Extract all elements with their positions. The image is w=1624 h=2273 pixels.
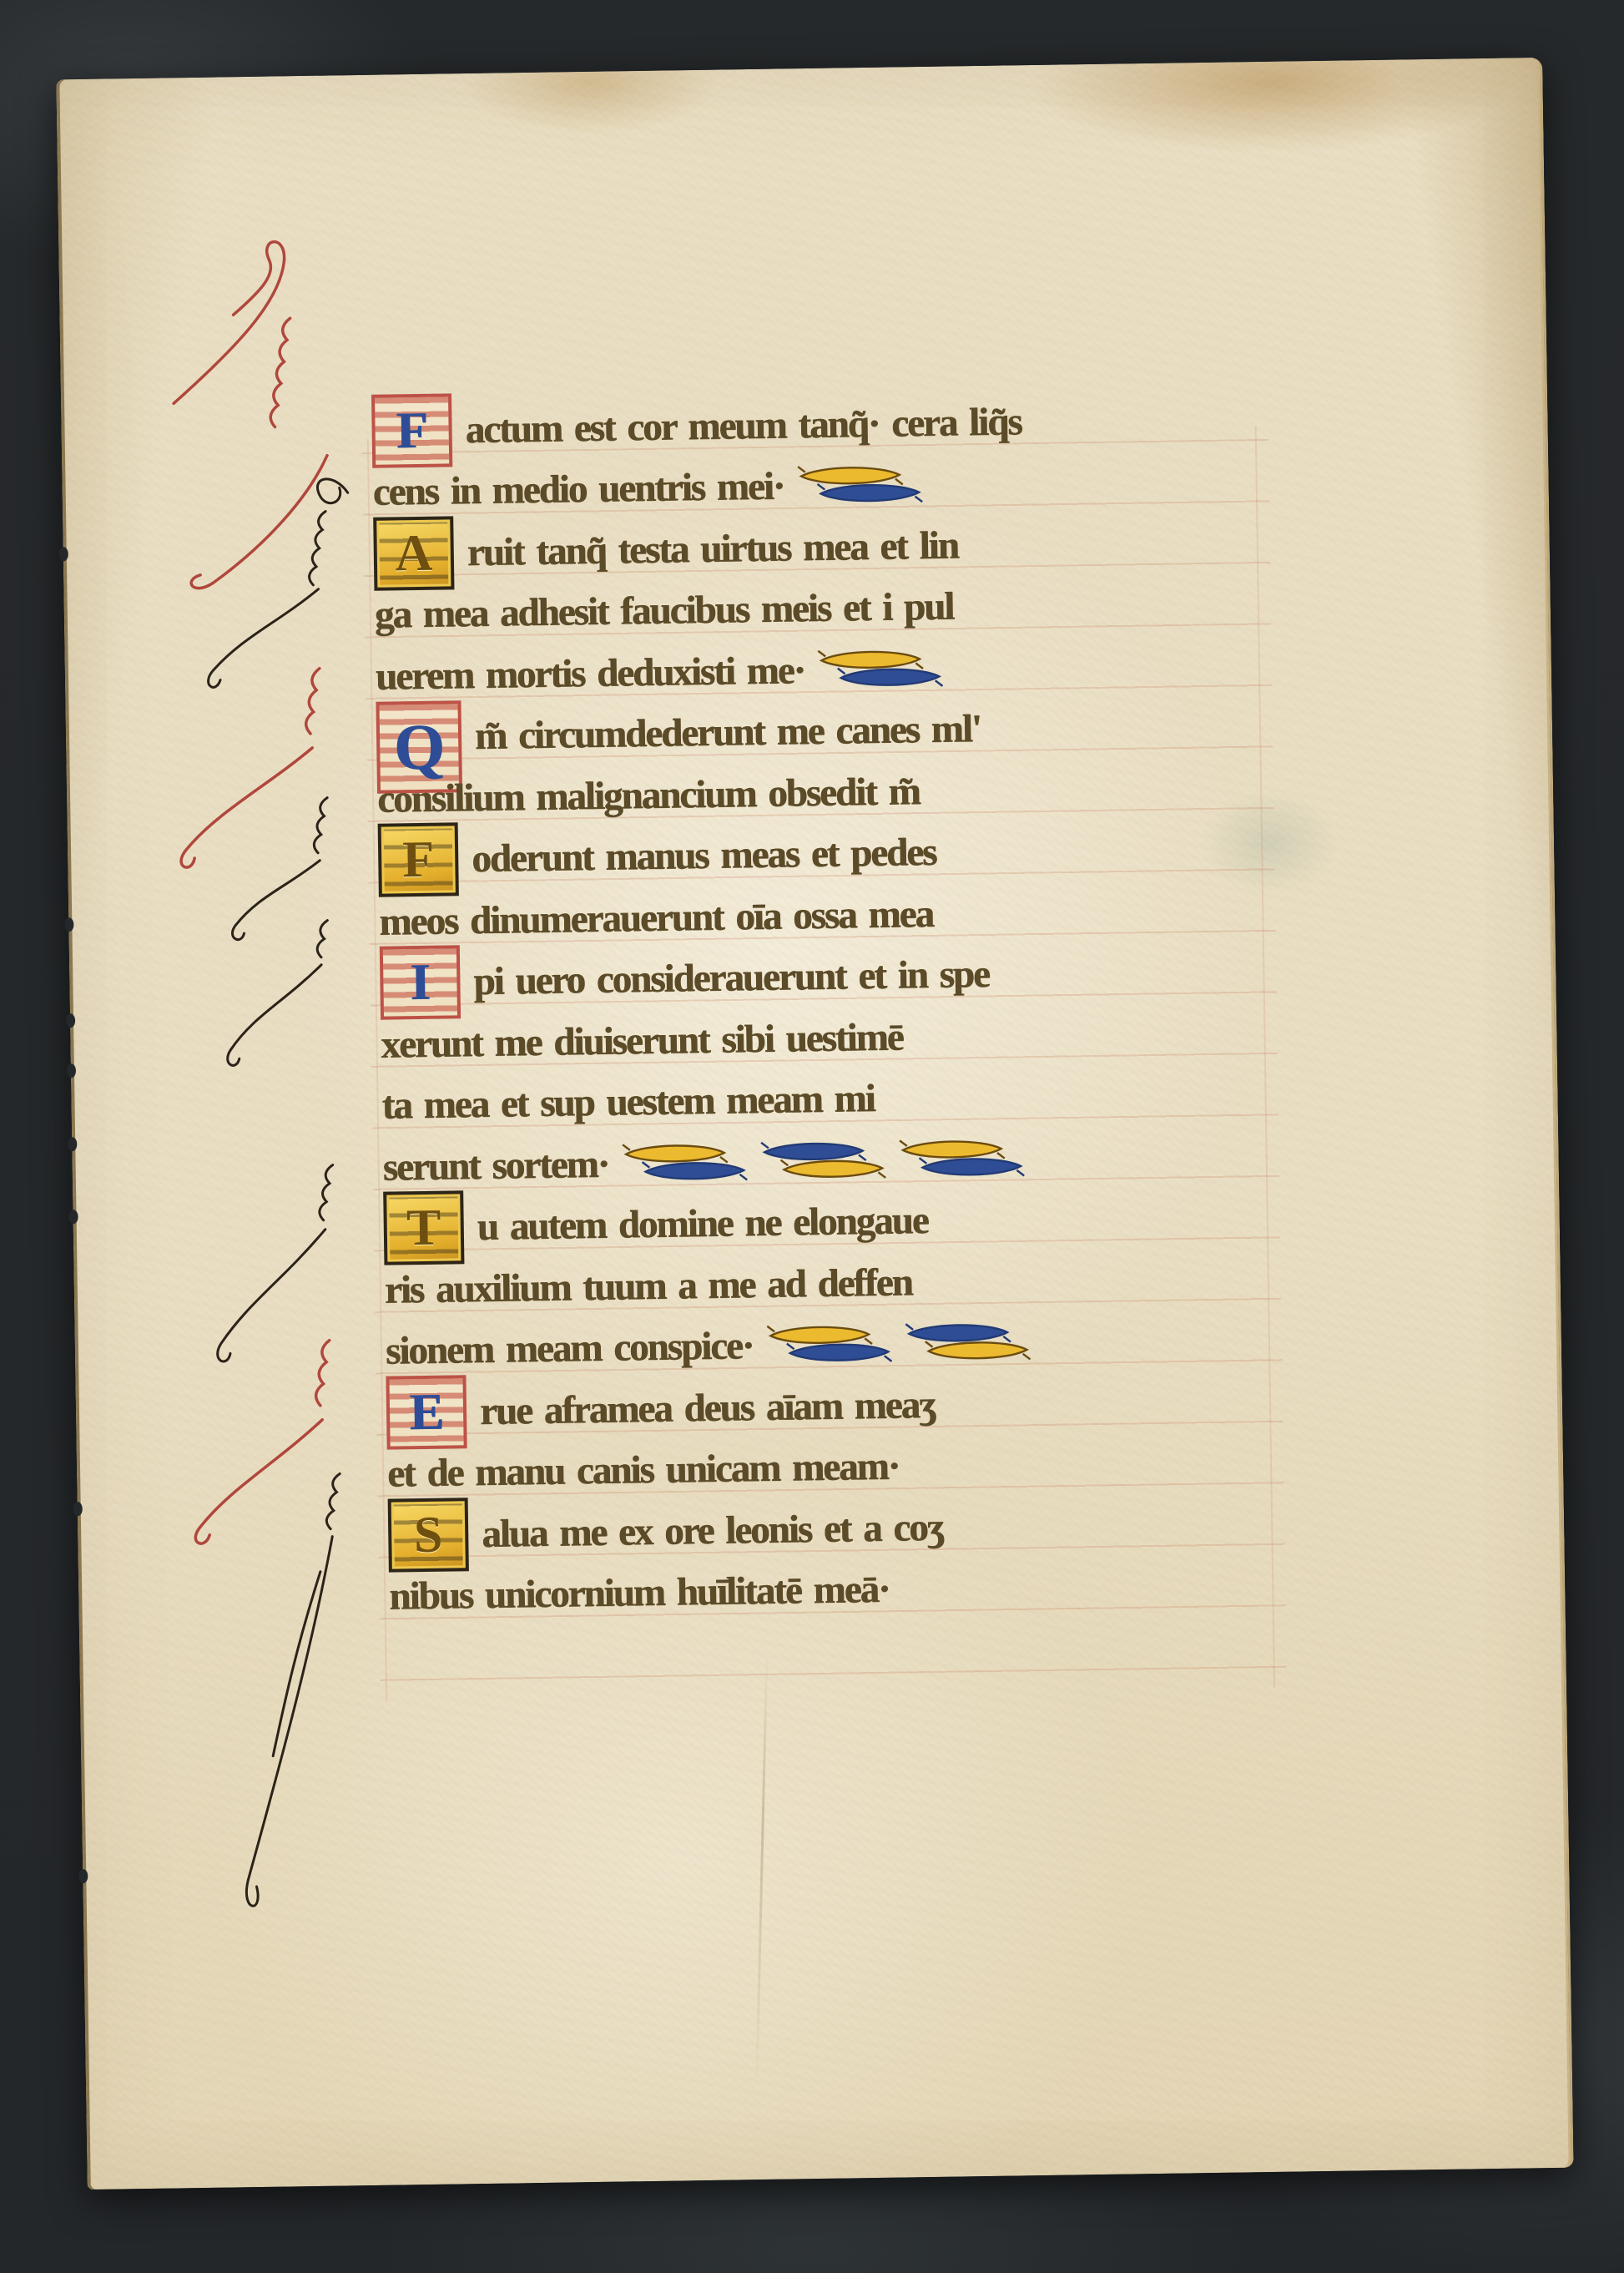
line-text: actum est cor meum tanq̃· cera liq̃s	[465, 399, 1021, 452]
illuminated-initial: S	[388, 1498, 469, 1572]
line-text: oderunt manus meas et pedes	[472, 830, 936, 881]
line-text: m̃ circumdederunt me canes ml'	[475, 706, 981, 759]
sewing-notch	[68, 1210, 78, 1224]
illuminated-initial: F	[371, 393, 452, 467]
manuscript-leaf: Factum est cor meum tanq̃· cera liq̃scen…	[56, 58, 1573, 2190]
sewing-notch	[73, 1502, 83, 1516]
text-block: Factum est cor meum tanq̃· cera liq̃scen…	[371, 387, 1283, 1628]
illuminated-initial: I	[380, 946, 461, 1020]
line-filler	[797, 462, 923, 508]
line-text: ruit tanq̃ testa uirtus mea et lin	[467, 523, 958, 575]
line-text: u autem domine ne elongaue	[477, 1198, 928, 1250]
line-text: xerunt me diuiserunt sibi uestimē	[381, 1014, 903, 1067]
line-filler	[766, 1321, 892, 1368]
line-filler	[622, 1139, 748, 1186]
line-filler	[818, 645, 944, 692]
line-text: nibus unicornium huīlitatē meā·	[389, 1567, 890, 1619]
sewing-notch	[64, 917, 73, 932]
line-text: consilium malignancium obsedit m̃	[377, 769, 920, 822]
sewing-notch	[66, 1013, 75, 1028]
line-text: pi uero considerauerunt et in spe	[473, 952, 989, 1004]
line-text: meos dinumerauerunt oīa ossa mea	[379, 892, 933, 945]
line-text: serunt sortem·	[382, 1141, 608, 1190]
line-filler	[760, 1137, 886, 1184]
illuminated-initial: A	[373, 516, 454, 590]
sewing-notch	[59, 547, 68, 561]
line-filler	[899, 1135, 1025, 1182]
vellum-crease	[755, 1654, 768, 2088]
line-text: cens in medio uentris mei·	[372, 464, 784, 515]
illuminated-initial: F	[378, 823, 459, 897]
sewing-notch	[68, 1137, 77, 1151]
sewing-notch	[67, 1063, 76, 1078]
illuminated-initial: T	[383, 1191, 464, 1265]
line-text: rue aframea deus aīam meaʒ	[480, 1382, 936, 1434]
line-text: et de manu canis unicam meam·	[387, 1444, 900, 1497]
sewing-notch	[78, 1869, 88, 1883]
line-text: sionem meam conspice·	[386, 1323, 754, 1374]
line-text: alua me ex ore leonis et a coʒ	[482, 1505, 944, 1557]
line-text: ris auxilium tuum a me ad deffen	[385, 1260, 913, 1312]
line-text: uerem mortis deduxisti me·	[376, 648, 805, 700]
illuminated-initial: E	[386, 1375, 467, 1449]
line-text: ga mea adhesit faucibus meis et i pul	[375, 584, 954, 638]
line-text: ta mea et sup uestem meam mi	[381, 1076, 875, 1129]
line-filler	[905, 1319, 1031, 1366]
